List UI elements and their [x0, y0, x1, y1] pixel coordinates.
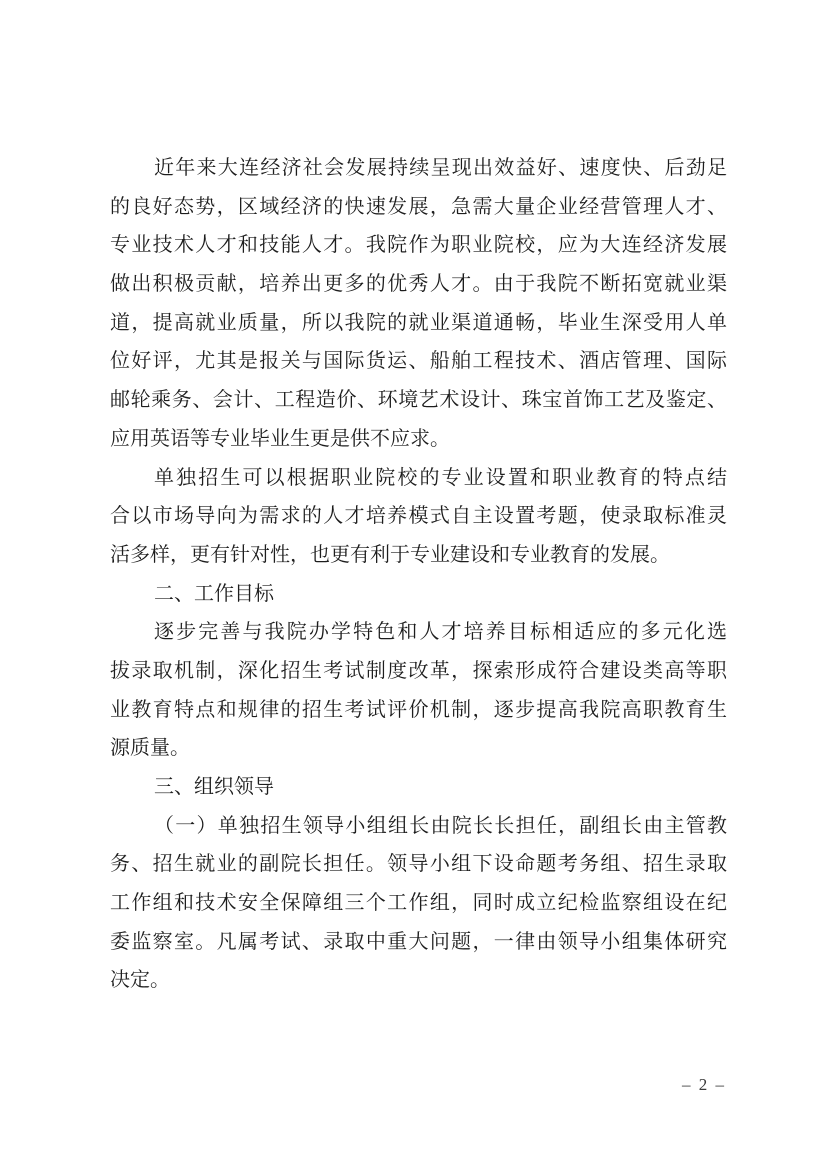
text-line: 的良好态势，区域经济的快速发展，急需大量企业经营管理人才、 [110, 188, 727, 227]
text-line: 逐步完善与我院办学特色和人才培养目标相适应的多元化选 [110, 613, 727, 652]
text-line: 务、招生就业的副院长担任。领导小组下设命题考务组、招生录取 [110, 845, 727, 884]
text-line: 单独招生可以根据职业院校的专业设置和职业教育的特点结 [110, 459, 727, 498]
text-line: 委监察室。凡属考试、录取中重大问题，一律由领导小组集体研究 [110, 923, 727, 962]
text-line: 工作组和技术安全保障组三个工作组，同时成立纪检监察组设在纪 [110, 884, 727, 923]
text-line: 活多样，更有针对性，也更有利于专业建设和专业教育的发展。 [110, 536, 727, 575]
text-line: 拔录取机制，深化招生考试制度改革，探索形成符合建设类高等职 [110, 652, 727, 691]
page-number: – 2 – [682, 1075, 726, 1095]
text-line: 源质量。 [110, 729, 727, 768]
document-body: 近年来大连经济社会发展持续呈现出效益好、速度快、后劲足 的良好态势，区域经济的快… [110, 149, 727, 1000]
text-line: 专业技术人才和技能人才。我院作为职业院校，应为大连经济发展 [110, 226, 727, 265]
text-line: 近年来大连经济社会发展持续呈现出效益好、速度快、后劲足 [110, 149, 727, 188]
text-line: （一）单独招生领导小组组长由院长长担任，副组长由主管教 [110, 807, 727, 846]
text-line: 邮轮乘务、会计、工程造价、环境艺术设计、珠宝首饰工艺及鉴定、 [110, 381, 727, 420]
text-line: 应用英语等专业毕业生更是供不应求。 [110, 420, 727, 459]
section-heading: 三、组织领导 [110, 768, 727, 807]
text-line: 合以市场导向为需求的人才培养模式自主设置考题，使录取标准灵 [110, 497, 727, 536]
text-line: 道，提高就业质量，所以我院的就业渠道通畅，毕业生深受用人单 [110, 304, 727, 343]
text-line: 业教育特点和规律的招生考试评价机制，逐步提高我院高职教育生 [110, 691, 727, 730]
text-line: 决定。 [110, 961, 727, 1000]
text-line: 位好评，尤其是报关与国际货运、船舶工程技术、酒店管理、国际 [110, 342, 727, 381]
document-page: 近年来大连经济社会发展持续呈现出效益好、速度快、后劲足 的良好态势，区域经济的快… [0, 0, 826, 1169]
text-line: 做出积极贡献，培养出更多的优秀人才。由于我院不断拓宽就业渠 [110, 265, 727, 304]
section-heading: 二、工作目标 [110, 575, 727, 614]
